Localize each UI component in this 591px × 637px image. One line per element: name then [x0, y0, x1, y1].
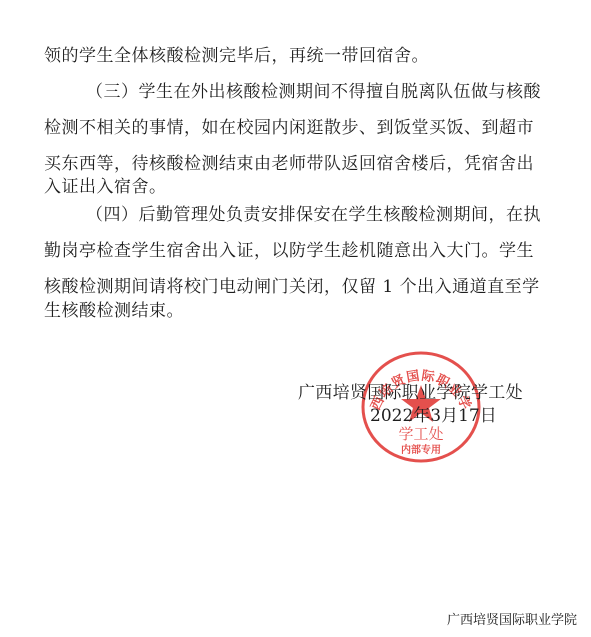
seal-bottom-text: 内部专用 — [401, 443, 441, 456]
paragraph-line: 核酸检测期间请将校门电动闸门关闭，仅留 1 个出入通道直至学 — [44, 275, 492, 299]
paragraph-line: 勤岗亭检查学生宿舍出入证，以防学生趁机随意出入大门。学生 — [44, 239, 492, 263]
paragraph-line: 买东西等，待核酸检测结束由老师带队返回宿舍楼后，凭宿舍出 — [44, 152, 492, 176]
paragraph-line: 检测不相关的事情，如在校园内闲逛散步、到饭堂买饭、到超市 — [44, 116, 492, 140]
source-watermark: 广西培贤国际职业学院 — [447, 612, 577, 630]
paragraph-line: 生核酸检测结束。 — [44, 299, 492, 323]
issuer-name: 广西培贤国际职业学院学工处 — [298, 381, 523, 405]
issue-date: 2022年3月17日 — [370, 404, 497, 428]
document-page: 领的学生全体核酸检测完毕后，再统一带回宿舍。 （三）学生在外出核酸检测期间不得擅… — [0, 0, 591, 637]
paragraph-line: （三）学生在外出核酸检测期间不得擅自脱离队伍做与核酸 — [86, 80, 492, 104]
paragraph-line: 领的学生全体核酸检测完毕后，再统一带回宿舍。 — [44, 44, 492, 68]
paragraph-line: （四）后勤管理处负责安排保安在学生核酸检测期间，在执 — [86, 203, 492, 227]
paragraph-line: 入证出入宿舍。 — [44, 175, 492, 199]
